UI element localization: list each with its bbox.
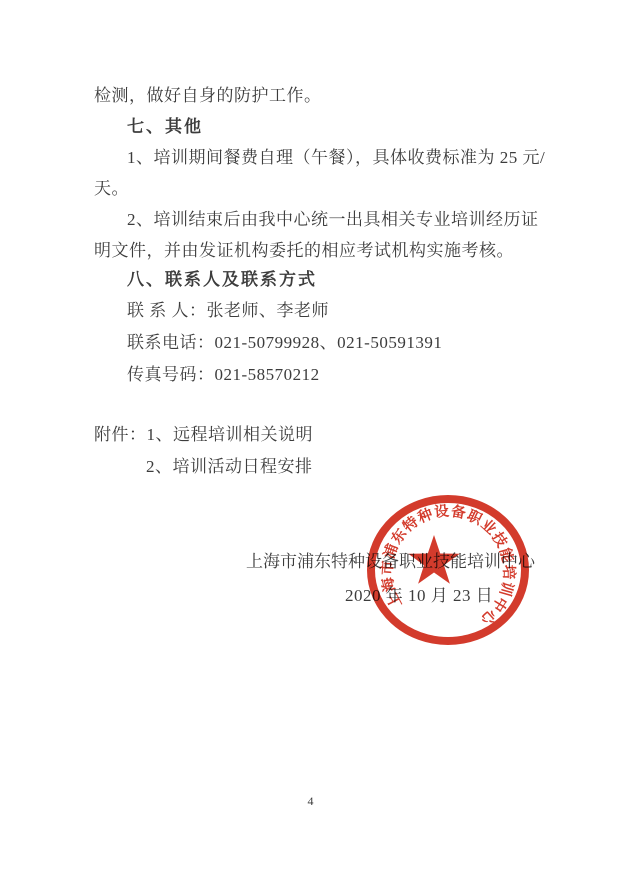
svg-text:能: 能 [496, 546, 517, 565]
page-number: 4 [0, 794, 621, 809]
body-line: 明文件，并由发证机构委托的相应考试机构实施考核。 [94, 240, 514, 262]
body-line: 1、培训期间餐费自理（午餐），具体收费标准为 25 元/ [127, 147, 545, 169]
contact-person-line: 联 系 人：张老师、李老师 [127, 300, 329, 322]
document-page: 检测，做好自身的防护工作。 七、其他 1、培训期间餐费自理（午餐），具体收费标准… [0, 0, 621, 877]
contact-phone-line: 联系电话：021-50799928、021-50591391 [127, 332, 442, 354]
svg-text:培: 培 [500, 565, 518, 580]
body-line: 检测，做好自身的防护工作。 [94, 85, 322, 107]
attachment-line-2: 2、培训活动日程安排 [146, 456, 313, 478]
official-stamp-icon: 上海市浦东特种设备职业技能培训中心 [363, 492, 533, 648]
section-heading-7: 七、其他 [127, 116, 203, 138]
body-line: 2、培训结束后由我中心统一出具相关专业培训经历证 [127, 209, 539, 231]
section-heading-8: 八、联系人及联系方式 [127, 269, 317, 291]
svg-text:设: 设 [433, 502, 450, 521]
fax-number-line: 传真号码：021-58570212 [127, 364, 320, 386]
stamp-arc-text: 上海市浦东特种设备职业技能培训中心 [378, 502, 518, 630]
attachment-line-1: 附件：1、远程培训相关说明 [94, 424, 313, 446]
svg-text:海: 海 [378, 575, 399, 593]
svg-text:市: 市 [378, 559, 397, 575]
stamp-star-icon [408, 535, 459, 584]
body-line: 天。 [94, 178, 129, 200]
